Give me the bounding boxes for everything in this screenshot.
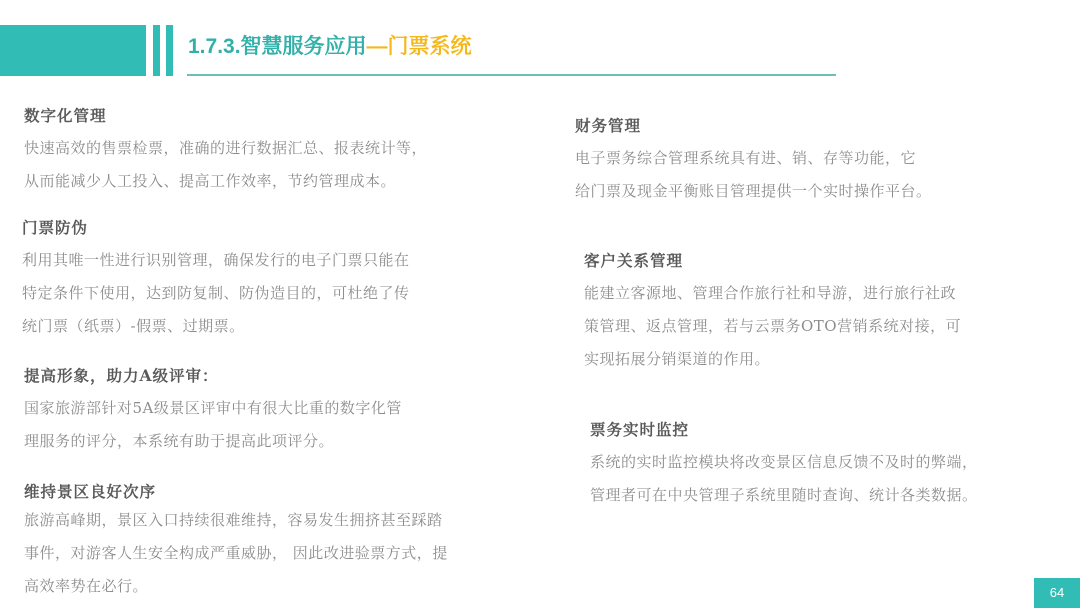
section-order-maintenance: 维持景区良好次序 旅游高峰期，景区入口持续很难维持，容易发生拥挤甚至踩踏 事件，… — [24, 482, 448, 603]
title-accent: —门票系统 — [367, 35, 472, 58]
section-line: 能建立客源地、管理合作旅行社和导游，进行旅行社政 — [584, 277, 961, 310]
section-realtime-monitoring: 票务实时监控 系统的实时监控模块将改变景区信息反馈不及时的弊端， 管理者可在中央… — [590, 420, 978, 512]
section-heading: 提高形象，助力A级评审： — [24, 366, 402, 386]
section-line: 快速高效的售票检票，准确的进行数据汇总、报表统计等， — [24, 132, 427, 165]
section-line: 国家旅游部针对5A级景区评审中有很大比重的数字化管 — [24, 392, 402, 425]
section-a-level-review: 提高形象，助力A级评审： 国家旅游部针对5A级景区评审中有很大比重的数字化管 理… — [24, 366, 402, 458]
header-decor-bar — [166, 25, 173, 76]
section-line: 策管理、返点管理，若与云票务OTO营销系统对接，可 — [584, 310, 961, 343]
section-heading: 票务实时监控 — [590, 420, 978, 440]
section-line: 系统的实时监控模块将改变景区信息反馈不及时的弊端， — [590, 446, 978, 479]
section-heading: 财务管理 — [575, 116, 932, 136]
section-line: 事件，对游客人生安全构成严重威胁， 因此改进验票方式，提 — [24, 537, 448, 570]
section-line: 利用其唯一性进行识别管理，确保发行的电子门票只能在 — [22, 244, 410, 277]
section-line: 理服务的评分，本系统有助于提高此项评分。 — [24, 425, 402, 458]
section-heading: 客户关系管理 — [584, 251, 961, 271]
section-line: 电子票务综合管理系统具有进、销、存等功能，它 — [575, 142, 932, 175]
page-title: 1.7.3.智慧服务应用—门票系统 — [188, 30, 472, 60]
section-line: 从而能减少人工投入、提高工作效率，节约管理成本。 — [24, 165, 427, 198]
title-main: 1.7.3.智慧服务应用 — [188, 35, 367, 58]
section-line: 管理者可在中央管理子系统里随时查询、统计各类数据。 — [590, 479, 978, 512]
section-heading: 数字化管理 — [24, 106, 427, 126]
section-anti-counterfeit: 门票防伪 利用其唯一性进行识别管理，确保发行的电子门票只能在 特定条件下使用，达… — [22, 218, 410, 343]
section-line: 统门票（纸票）-假票、过期票。 — [22, 310, 410, 343]
section-line: 给门票及现金平衡账目管理提供一个实时操作平台。 — [575, 175, 932, 208]
section-line: 高效率势在必行。 — [24, 570, 448, 603]
section-heading: 维持景区良好次序 — [24, 482, 448, 502]
title-underline — [187, 74, 836, 76]
section-digital-management: 数字化管理 快速高效的售票检票，准确的进行数据汇总、报表统计等， 从而能减少人工… — [24, 106, 427, 198]
section-line: 实现拓展分销渠道的作用。 — [584, 343, 961, 376]
page-number-badge: 64 — [1034, 578, 1080, 608]
section-line: 特定条件下使用，达到防复制、防伪造目的，可杜绝了传 — [22, 277, 410, 310]
header-decor-bar — [153, 25, 160, 76]
section-line: 旅游高峰期，景区入口持续很难维持，容易发生拥挤甚至踩踏 — [24, 504, 448, 537]
section-customer-relations: 客户关系管理 能建立客源地、管理合作旅行社和导游，进行旅行社政 策管理、返点管理… — [584, 251, 961, 376]
section-heading: 门票防伪 — [22, 218, 410, 238]
header-decor-block — [0, 25, 146, 76]
section-finance-management: 财务管理 电子票务综合管理系统具有进、销、存等功能，它 给门票及现金平衡账目管理… — [575, 116, 932, 208]
